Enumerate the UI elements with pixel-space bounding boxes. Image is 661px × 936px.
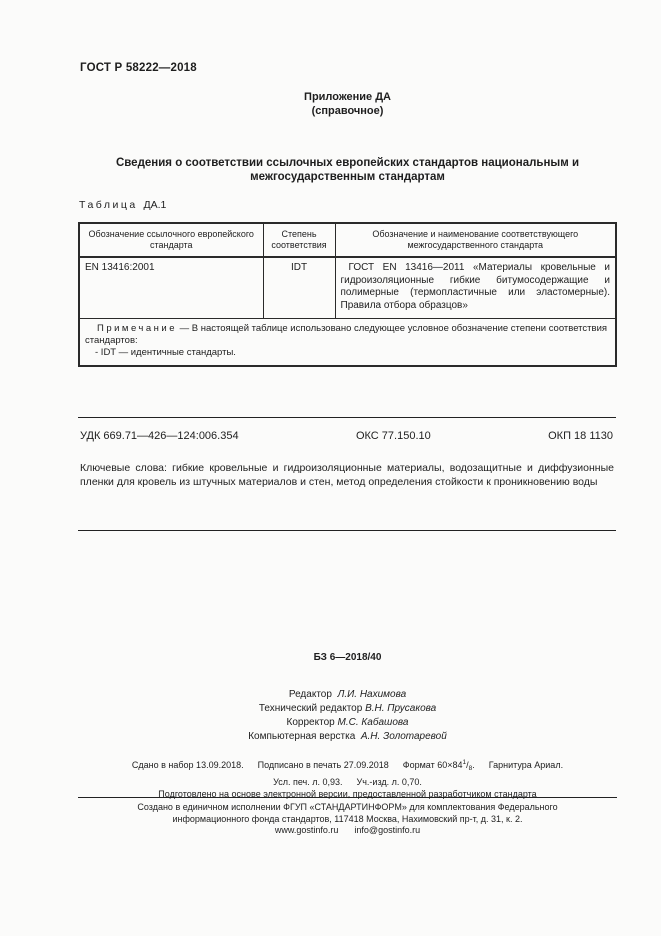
oks-code: ОКС 77.150.10 (356, 430, 431, 442)
document-page: ГОСТ Р 58222—2018 Приложение ДА (справоч… (0, 0, 661, 936)
table-row: EN 13416:2001 IDT ГОСТ EN 13416—2011 «Ма… (79, 257, 616, 319)
note-text: Примечание — В настоящей таблице использ… (85, 323, 610, 347)
imprint-line-1: Сдано в набор 13.09.2018.Подписано в печ… (78, 757, 617, 776)
credit-line: Корректор М.С. Кабашова (78, 716, 617, 730)
divider-above-codes (78, 417, 616, 418)
col-header-interstate-standard: Обозначение и наименование соответствующ… (335, 223, 616, 257)
section-heading: Сведения о соответствии ссылочных европе… (98, 156, 597, 184)
appendix-header: Приложение ДА (справочное) (78, 90, 617, 118)
classification-codes: УДК 669.71—426—124:006.354 ОКС 77.150.10… (80, 430, 613, 442)
cell-degree: IDT (263, 257, 335, 319)
cell-gost-standard: ГОСТ EN 13416—2011 «Материалы кровельные… (335, 257, 616, 319)
cell-en-standard: EN 13416:2001 (79, 257, 263, 319)
credit-role: Корректор (287, 717, 335, 728)
credit-role: Компьютерная верстка (248, 731, 355, 742)
imprint-typeface: Гарнитура Ариал. (489, 760, 563, 770)
imprint-line-2: Усл. печ. л. 0,93.Уч.-изд. л. 0,70. (78, 776, 617, 789)
publisher-footer: Создано в единичном исполнении ФГУП «СТА… (78, 802, 617, 837)
credits-block: Редактор Л.И. Нахимова Технический редак… (78, 688, 617, 744)
note-item: - IDT — идентичные стандарты. (85, 347, 610, 359)
col-header-degree: Степень соответствия (263, 223, 335, 257)
footer-line-2: информационного фонда стандартов, 117418… (78, 814, 617, 826)
imprint-set-date: Сдано в набор 13.09.2018. (132, 760, 244, 770)
table-caption-number: ДА.1 (144, 199, 167, 211)
credit-name: А.Н. Золотаревой (361, 731, 447, 742)
imprint-sheets-printed: Усл. печ. л. 0,93. (273, 777, 342, 787)
correspondence-table: Обозначение ссылочного европейского стан… (78, 222, 617, 367)
divider-below-keywords (78, 530, 616, 531)
credit-name: Л.И. Нахимова (337, 689, 406, 700)
table-caption-word: Таблица (79, 199, 138, 211)
edition-code: БЗ 6—2018/40 (78, 652, 617, 663)
table-note: Примечание — В настоящей таблице использ… (79, 319, 616, 367)
imprint-print-date: Подписано в печать 27.09.2018 (258, 760, 389, 770)
credit-role: Редактор (289, 689, 332, 700)
okp-code: ОКП 18 1130 (548, 430, 613, 442)
footer-website: www.gostinfo.ru (275, 825, 339, 835)
imprint-sheets-published: Уч.-изд. л. 0,70. (357, 777, 422, 787)
credit-line: Технический редактор В.Н. Прусакова (78, 702, 617, 716)
footer-line-1: Создано в единичном исполнении ФГУП «СТА… (78, 802, 617, 814)
credit-line: Редактор Л.И. Нахимова (78, 688, 617, 702)
imprint-block: Сдано в набор 13.09.2018.Подписано в печ… (78, 757, 617, 801)
credit-line: Компьютерная верстка А.Н. Золотаревой (78, 730, 617, 744)
imprint-prepared-note: Подготовлено на основе электронной верси… (78, 788, 617, 801)
credit-name: В.Н. Прусакова (365, 703, 436, 714)
udk-code: УДК 669.71—426—124:006.354 (80, 430, 239, 442)
note-label: Примечание (97, 323, 177, 334)
imprint-format: Формат 60×841/8. (403, 760, 475, 770)
table-caption: Таблица ДА.1 (79, 199, 166, 211)
appendix-title: Приложение ДА (78, 90, 617, 104)
table-note-row: Примечание — В настоящей таблице использ… (79, 319, 616, 367)
standard-number: ГОСТ Р 58222—2018 (80, 62, 197, 74)
keywords-paragraph: Ключевые слова: гибкие кровельные и гидр… (80, 462, 614, 489)
credit-role: Технический редактор (259, 703, 362, 714)
divider-above-footer (78, 797, 617, 798)
col-header-reference-standard: Обозначение ссылочного европейского стан… (79, 223, 263, 257)
footer-email: info@gostinfo.ru (354, 825, 420, 835)
appendix-subtitle: (справочное) (78, 104, 617, 118)
credit-name: М.С. Кабашова (337, 717, 408, 728)
table-header-row: Обозначение ссылочного европейского стан… (79, 223, 616, 257)
footer-contacts: www.gostinfo.ruinfo@gostinfo.ru (78, 825, 617, 837)
